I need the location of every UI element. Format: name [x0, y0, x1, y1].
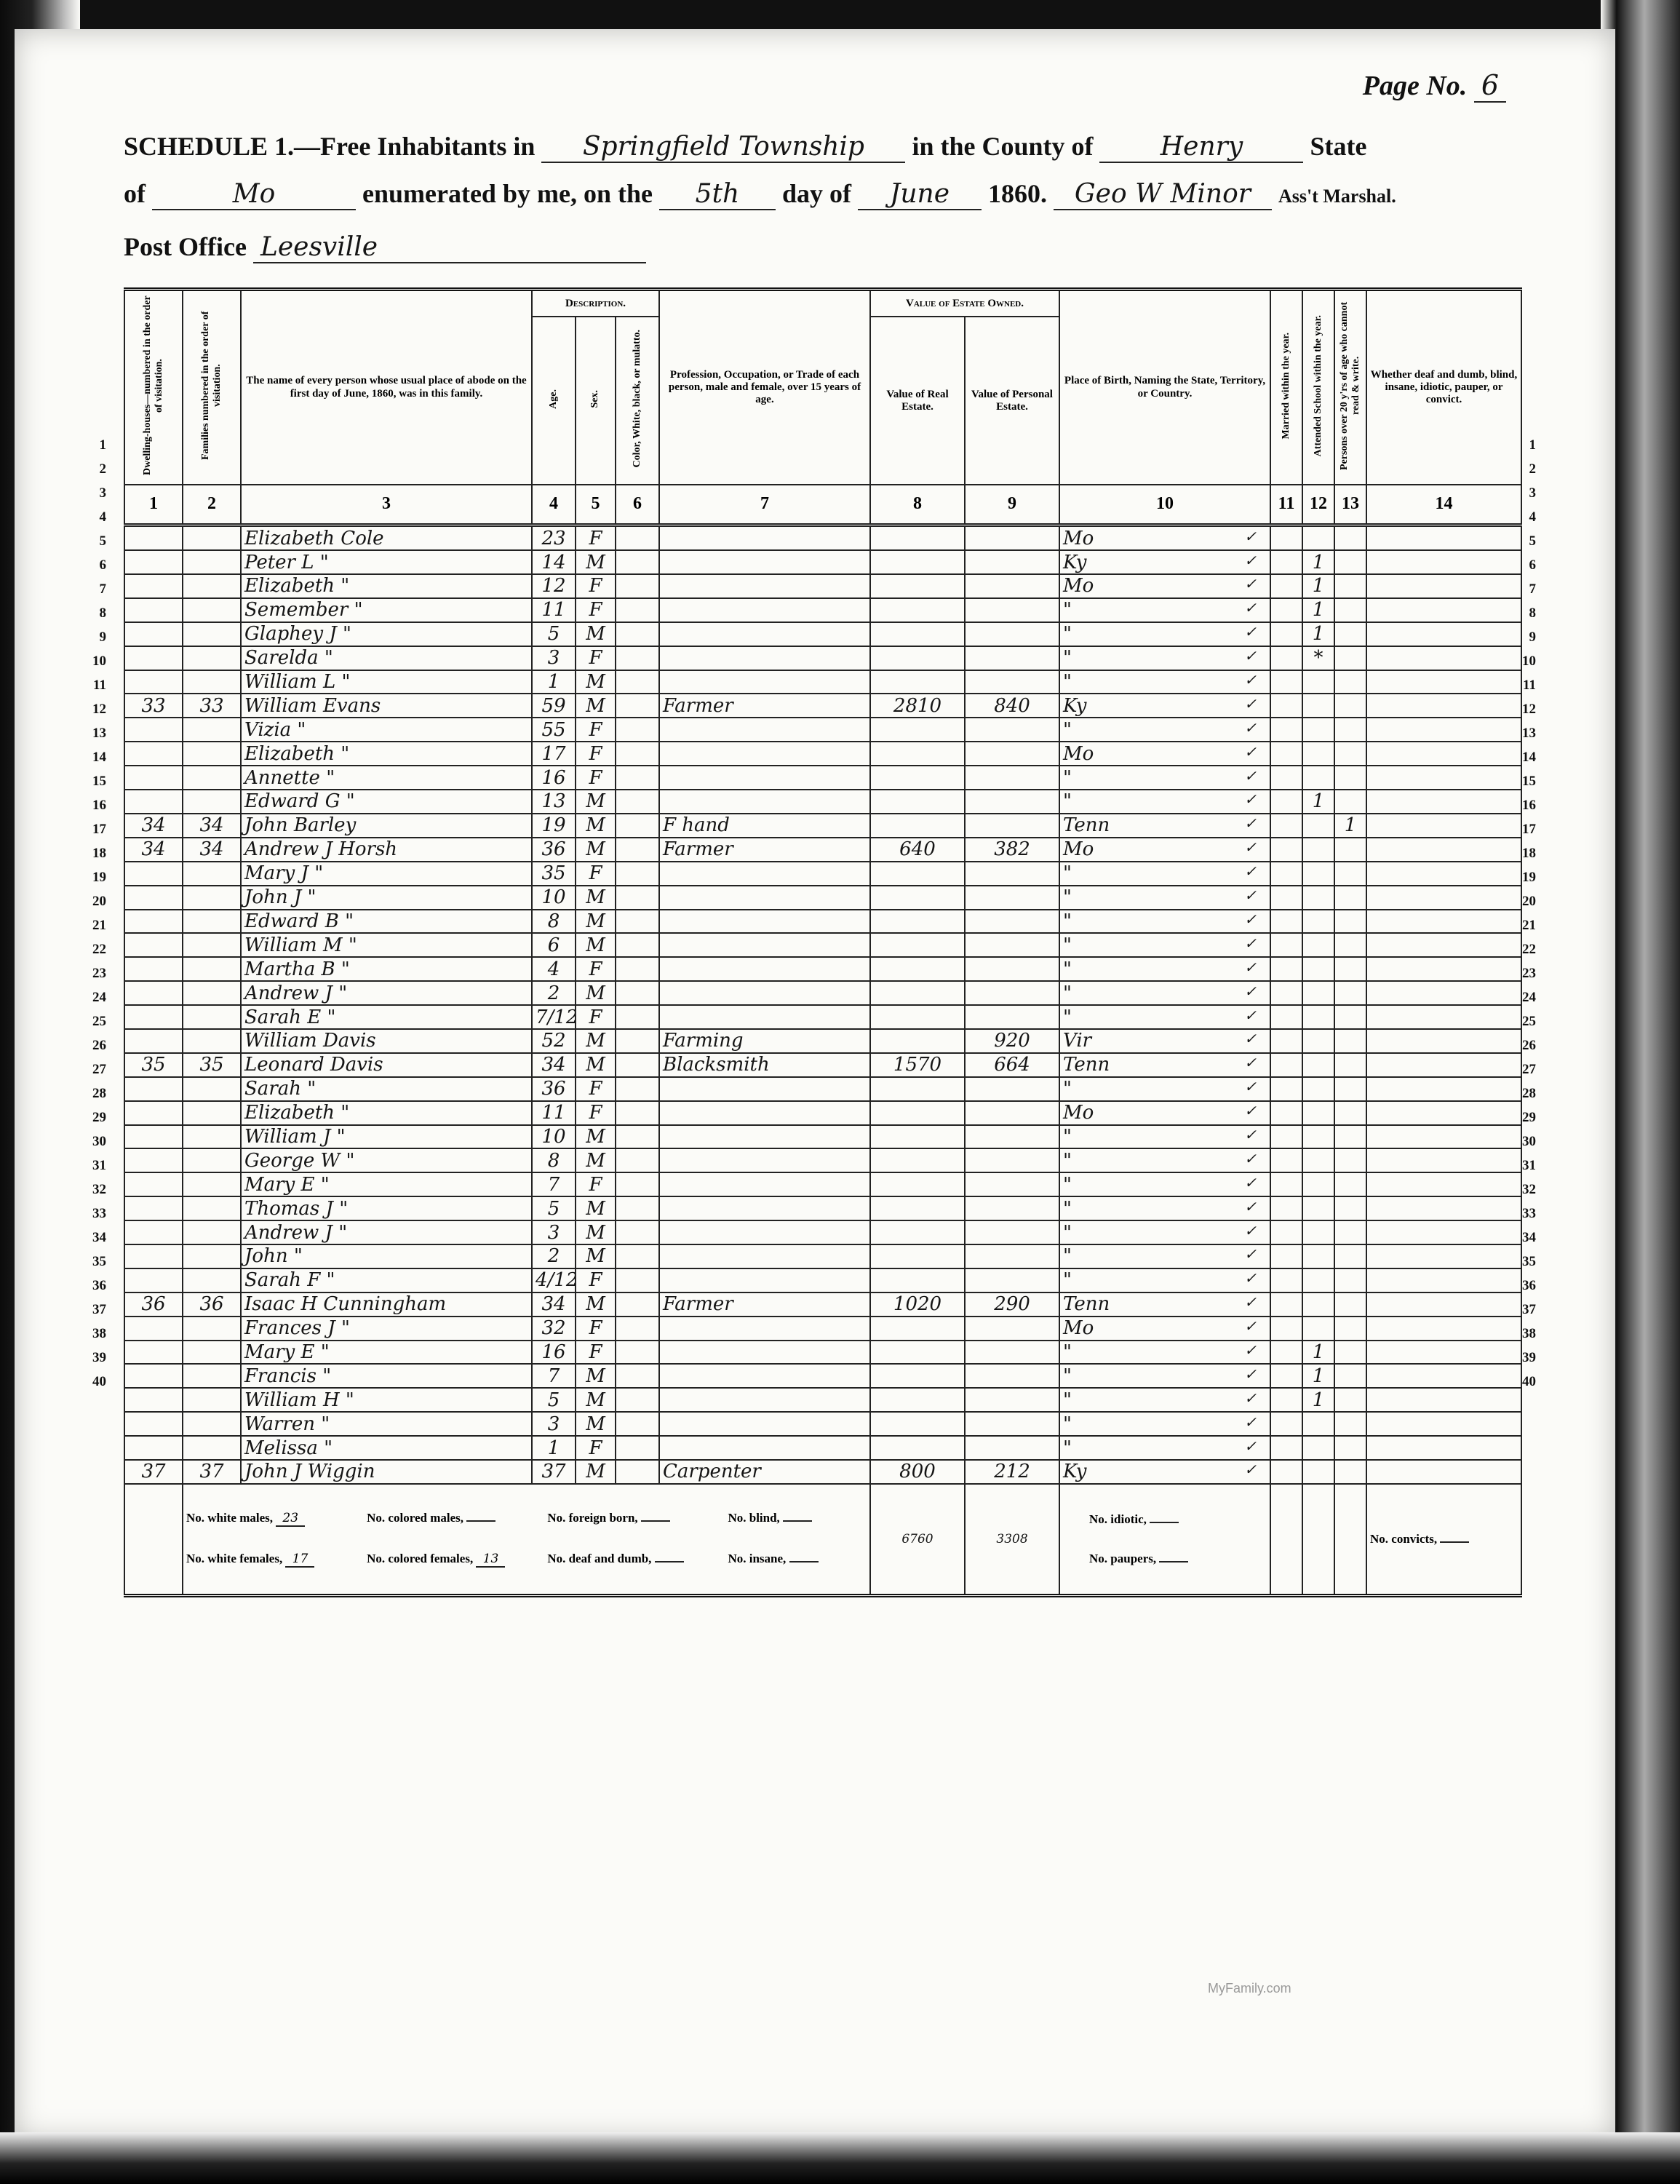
- dwelling-number-cell: [124, 933, 183, 957]
- personal-estate-value-cell: [965, 598, 1059, 622]
- dwelling-number-cell: [124, 910, 183, 934]
- col-number: 9: [965, 485, 1059, 525]
- family-number-cell: 33: [183, 694, 241, 718]
- personal-estate-value-cell: [965, 1436, 1059, 1460]
- real-estate-value-cell: [870, 1341, 965, 1365]
- personal-estate-value-cell: [965, 646, 1059, 670]
- line-number: 3: [87, 481, 106, 505]
- personal-estate-value-cell: 664: [965, 1053, 1059, 1077]
- paupers-value: [1159, 1561, 1188, 1562]
- dwelling-number-cell: 37: [124, 1460, 183, 1484]
- occupation-cell: [659, 1172, 870, 1196]
- sex-cell: M: [576, 1220, 616, 1244]
- family-number-cell: [183, 1077, 241, 1101]
- line-number: 2: [87, 457, 106, 481]
- col-number: 10: [1059, 485, 1270, 525]
- col-header-sex: Sex.: [576, 317, 616, 485]
- line-number: 10: [87, 649, 106, 673]
- age-cell: 36: [532, 838, 576, 862]
- person-name-cell: Andrew J ": [241, 981, 532, 1005]
- married-within-year-cell: [1270, 1317, 1302, 1341]
- line-number: 16: [87, 793, 106, 817]
- person-name-cell: Elizabeth ": [241, 742, 532, 766]
- line-number: 9: [1517, 625, 1536, 649]
- person-name-cell: Warren ": [241, 1412, 532, 1436]
- person-name-cell: Elizabeth ": [241, 1101, 532, 1125]
- family-number-cell: [183, 1029, 241, 1053]
- occupation-cell: [659, 550, 870, 574]
- summary-blank: [1334, 1484, 1366, 1596]
- sex-cell: F: [576, 1101, 616, 1125]
- checkmark-icon: ✓: [1244, 623, 1257, 640]
- person-name-cell: Peter L ": [241, 550, 532, 574]
- col-header-name: The name of every person whose usual pla…: [241, 290, 532, 485]
- real-estate-value-cell: [870, 670, 965, 694]
- sex-cell: F: [576, 1268, 616, 1292]
- white-females-value: 17: [285, 1552, 314, 1568]
- personal-estate-value-cell: [965, 622, 1059, 646]
- personal-estate-value-cell: [965, 1364, 1059, 1388]
- col-header-family: Families numbered in the order of visita…: [183, 290, 241, 485]
- birthplace-cell: Ky✓: [1059, 550, 1270, 574]
- birthplace-cell: Mo✓: [1059, 1317, 1270, 1341]
- col-number: 6: [616, 485, 659, 525]
- post-office-line: Post Office Leesville: [124, 231, 646, 263]
- birthplace-cell: "✓: [1059, 910, 1270, 934]
- birthplace-cell: "✓: [1059, 1244, 1270, 1268]
- convicts-value: [1440, 1541, 1469, 1543]
- age-cell: 10: [532, 1125, 576, 1149]
- real-estate-value-cell: [870, 742, 965, 766]
- checkmark-icon: ✓: [1244, 575, 1257, 592]
- col-number: 4: [532, 485, 576, 525]
- married-within-year-cell: [1270, 1005, 1302, 1029]
- column-number-row: 1 2 3 4 5 6 7 8 9 10 11 12 13 14: [124, 485, 1521, 525]
- attended-school-cell: 1: [1302, 1341, 1334, 1365]
- condition-cell: [1366, 838, 1521, 862]
- age-cell: 23: [532, 525, 576, 550]
- married-within-year-cell: [1270, 1341, 1302, 1365]
- attended-school-cell: [1302, 1196, 1334, 1220]
- white-males-label: No. white males,: [186, 1511, 273, 1525]
- checkmark-icon: ✓: [1244, 1174, 1257, 1191]
- birthplace-cell: "✓: [1059, 598, 1270, 622]
- attended-school-cell: 1: [1302, 1388, 1334, 1412]
- age-cell: 5: [532, 622, 576, 646]
- attended-school-cell: [1302, 957, 1334, 981]
- married-within-year-cell: [1270, 814, 1302, 838]
- table-row: George W "8M"✓: [124, 1148, 1521, 1172]
- cannot-read-write-cell: [1334, 1412, 1366, 1436]
- dwelling-number-cell: [124, 622, 183, 646]
- person-name-cell: Elizabeth Cole: [241, 525, 532, 550]
- color-cell: [616, 838, 659, 862]
- occupation-cell: [659, 1364, 870, 1388]
- table-row: Edward B "8M"✓: [124, 910, 1521, 934]
- year-value: 1860.: [988, 179, 1047, 208]
- age-cell: 55: [532, 718, 576, 742]
- cannot-read-write-cell: [1334, 838, 1366, 862]
- personal-estate-value-cell: [965, 742, 1059, 766]
- dwelling-number-cell: [124, 525, 183, 550]
- personal-estate-value-cell: [965, 957, 1059, 981]
- real-estate-value-cell: [870, 1436, 965, 1460]
- cannot-read-write-cell: [1334, 670, 1366, 694]
- personal-estate-value-cell: [965, 862, 1059, 886]
- family-number-cell: 36: [183, 1292, 241, 1317]
- married-within-year-cell: [1270, 1029, 1302, 1053]
- line-number: 19: [87, 865, 106, 889]
- checkmark-icon: ✓: [1244, 767, 1257, 785]
- checkmark-icon: ✓: [1244, 1461, 1257, 1478]
- family-number-cell: [183, 766, 241, 790]
- line-number: 39: [87, 1346, 106, 1370]
- person-name-cell: Sarah ": [241, 1077, 532, 1101]
- age-cell: 35: [532, 862, 576, 886]
- dwelling-number-cell: [124, 598, 183, 622]
- real-estate-value-cell: [870, 790, 965, 814]
- real-estate-value-cell: [870, 1148, 965, 1172]
- checkmark-icon: ✓: [1244, 862, 1257, 880]
- family-number-cell: 34: [183, 838, 241, 862]
- cannot-read-write-cell: [1334, 957, 1366, 981]
- real-estate-value-cell: [870, 1077, 965, 1101]
- col-number: 1: [124, 485, 183, 525]
- dwelling-number-cell: 34: [124, 814, 183, 838]
- condition-cell: [1366, 525, 1521, 550]
- checkmark-icon: ✓: [1244, 958, 1257, 976]
- family-number-cell: 34: [183, 814, 241, 838]
- sex-cell: F: [576, 1436, 616, 1460]
- table-row: Thomas J "5M"✓: [124, 1196, 1521, 1220]
- color-cell: [616, 1364, 659, 1388]
- occupation-cell: [659, 766, 870, 790]
- col-header-occupation: Profession, Occupation, or Trade of each…: [659, 290, 870, 485]
- attended-school-cell: [1302, 1125, 1334, 1149]
- table-row: Warren "3M"✓: [124, 1412, 1521, 1436]
- checkmark-icon: ✓: [1244, 1078, 1257, 1095]
- birthplace-cell: Mo✓: [1059, 1101, 1270, 1125]
- person-name-cell: William Evans: [241, 694, 532, 718]
- day-of-label: day of: [782, 179, 851, 208]
- color-cell: [616, 886, 659, 910]
- white-females-label: No. white females,: [186, 1552, 282, 1565]
- checkmark-icon: ✓: [1244, 1054, 1257, 1071]
- family-number-cell: [183, 622, 241, 646]
- attended-school-cell: [1302, 910, 1334, 934]
- cannot-read-write-cell: [1334, 1364, 1366, 1388]
- line-number: 33: [1517, 1202, 1536, 1226]
- age-cell: 17: [532, 742, 576, 766]
- age-cell: 4/12: [532, 1268, 576, 1292]
- table-row: William L "1M"✓: [124, 670, 1521, 694]
- sex-cell: M: [576, 1244, 616, 1268]
- dwelling-number-cell: [124, 1077, 183, 1101]
- sex-cell: F: [576, 766, 616, 790]
- line-number: 26: [1517, 1033, 1536, 1057]
- line-number: 1: [1517, 433, 1536, 457]
- real-estate-value-cell: [870, 1125, 965, 1149]
- line-number: 35: [1517, 1250, 1536, 1274]
- birthplace-cell: "✓: [1059, 790, 1270, 814]
- line-number: 17: [1517, 817, 1536, 841]
- table-row: Vizia "55F"✓: [124, 718, 1521, 742]
- family-number-cell: [183, 910, 241, 934]
- color-cell: [616, 525, 659, 550]
- family-number-cell: [183, 933, 241, 957]
- line-number: 31: [1517, 1153, 1536, 1178]
- married-within-year-cell: [1270, 933, 1302, 957]
- sex-cell: M: [576, 981, 616, 1005]
- personal-estate-value-cell: [965, 525, 1059, 550]
- month-value: June: [858, 179, 982, 210]
- line-number: 10: [1517, 649, 1536, 673]
- dwelling-number-cell: [124, 1172, 183, 1196]
- personal-estate-value-cell: [965, 1125, 1059, 1149]
- color-cell: [616, 1341, 659, 1365]
- col-header-description: Description.: [532, 290, 659, 317]
- birthplace-cell: "✓: [1059, 1341, 1270, 1365]
- person-name-cell: Mary E ": [241, 1341, 532, 1365]
- line-number: 21: [1517, 913, 1536, 937]
- person-name-cell: John ": [241, 1244, 532, 1268]
- cannot-read-write-cell: [1334, 1460, 1366, 1484]
- married-within-year-cell: [1270, 790, 1302, 814]
- family-number-cell: [183, 957, 241, 981]
- personal-estate-value-cell: [965, 981, 1059, 1005]
- personal-estate-value-cell: [965, 1005, 1059, 1029]
- total-real-estate: 6760: [870, 1484, 965, 1596]
- cannot-read-write-cell: [1334, 1341, 1366, 1365]
- table-row: Melissa "1F"✓: [124, 1436, 1521, 1460]
- col-header-estate: Value of Estate Owned.: [870, 290, 1059, 317]
- checkmark-icon: ✓: [1244, 695, 1257, 712]
- attended-school-cell: [1302, 742, 1334, 766]
- sex-cell: F: [576, 862, 616, 886]
- person-name-cell: Sarah E ": [241, 1005, 532, 1029]
- col-number: 11: [1270, 485, 1302, 525]
- state-label: State: [1310, 132, 1366, 161]
- sex-cell: F: [576, 742, 616, 766]
- person-name-cell: Leonard Davis: [241, 1053, 532, 1077]
- sex-cell: F: [576, 646, 616, 670]
- dwelling-number-cell: [124, 957, 183, 981]
- summary-blank: [1270, 1484, 1302, 1596]
- personal-estate-value-cell: 840: [965, 694, 1059, 718]
- occupation-cell: [659, 646, 870, 670]
- line-number: 14: [87, 745, 106, 769]
- cannot-read-write-cell: [1334, 862, 1366, 886]
- line-number: 28: [87, 1081, 106, 1105]
- personal-estate-value-cell: [965, 1317, 1059, 1341]
- age-cell: 32: [532, 1317, 576, 1341]
- person-name-cell: Andrew J Horsh: [241, 838, 532, 862]
- birthplace-cell: "✓: [1059, 670, 1270, 694]
- color-cell: [616, 862, 659, 886]
- person-name-cell: Semember ": [241, 598, 532, 622]
- occupation-cell: [659, 1412, 870, 1436]
- line-number: 8: [1517, 601, 1536, 625]
- family-number-cell: [183, 598, 241, 622]
- line-number: 39: [1517, 1346, 1536, 1370]
- sex-cell: M: [576, 1029, 616, 1053]
- color-cell: [616, 766, 659, 790]
- checkmark-icon: ✓: [1244, 1293, 1257, 1311]
- condition-cell: [1366, 933, 1521, 957]
- condition-cell: [1366, 1460, 1521, 1484]
- sex-cell: F: [576, 525, 616, 550]
- occupation-cell: [659, 1196, 870, 1220]
- table-row: 3333William Evans59MFarmer2810840Ky✓: [124, 694, 1521, 718]
- sex-cell: M: [576, 1460, 616, 1484]
- table-row: Elizabeth Cole23FMo✓: [124, 525, 1521, 550]
- checkmark-icon: ✓: [1244, 552, 1257, 569]
- table-row: William J "10M"✓: [124, 1125, 1521, 1149]
- family-number-cell: [183, 646, 241, 670]
- family-number-cell: [183, 886, 241, 910]
- col-header-married: Married within the year.: [1270, 290, 1302, 485]
- person-name-cell: William Davis: [241, 1029, 532, 1053]
- birthplace-cell: "✓: [1059, 622, 1270, 646]
- condition-cell: [1366, 574, 1521, 598]
- married-within-year-cell: [1270, 981, 1302, 1005]
- attended-school-cell: 1: [1302, 790, 1334, 814]
- personal-estate-value-cell: [965, 550, 1059, 574]
- family-number-cell: [183, 525, 241, 550]
- sex-cell: F: [576, 574, 616, 598]
- family-number-cell: [183, 1172, 241, 1196]
- family-number-cell: [183, 1220, 241, 1244]
- real-estate-value-cell: [870, 862, 965, 886]
- condition-cell: [1366, 1005, 1521, 1029]
- table-row: Frances J "32FMo✓: [124, 1317, 1521, 1341]
- person-name-cell: Andrew J ": [241, 1220, 532, 1244]
- condition-cell: [1366, 550, 1521, 574]
- personal-estate-value-cell: [965, 790, 1059, 814]
- birthplace-cell: "✓: [1059, 957, 1270, 981]
- attended-school-cell: [1302, 1317, 1334, 1341]
- line-number: 16: [1517, 793, 1536, 817]
- table-row: Elizabeth "11FMo✓: [124, 1101, 1521, 1125]
- census-page: Page No. 6 SCHEDULE 1.—Free Inhabitants …: [15, 29, 1615, 2140]
- real-estate-value-cell: 800: [870, 1460, 965, 1484]
- married-within-year-cell: [1270, 862, 1302, 886]
- col-number: 3: [241, 485, 532, 525]
- condition-cell: [1366, 742, 1521, 766]
- attended-school-cell: [1302, 862, 1334, 886]
- line-number: 35: [87, 1250, 106, 1274]
- occupation-cell: Blacksmith: [659, 1053, 870, 1077]
- line-number: 14: [1517, 745, 1536, 769]
- line-number: 2: [1517, 457, 1536, 481]
- summary-counts: No. white males, 23 No. colored males, N…: [183, 1484, 870, 1596]
- table-row: William M "6M"✓: [124, 933, 1521, 957]
- line-number: 15: [87, 769, 106, 793]
- line-number: 24: [87, 985, 106, 1009]
- cannot-read-write-cell: [1334, 718, 1366, 742]
- person-name-cell: William J ": [241, 1125, 532, 1149]
- dwelling-number-cell: [124, 1029, 183, 1053]
- table-row: Glaphey J "5M"✓1: [124, 622, 1521, 646]
- married-within-year-cell: [1270, 1436, 1302, 1460]
- color-cell: [616, 1412, 659, 1436]
- colored-females-label: No. colored females,: [367, 1552, 473, 1565]
- person-name-cell: William H ": [241, 1388, 532, 1412]
- color-cell: [616, 718, 659, 742]
- foreign-born-value: [641, 1520, 670, 1522]
- condition-cell: [1366, 981, 1521, 1005]
- checkmark-icon: ✓: [1244, 1150, 1257, 1167]
- birthplace-cell: "✓: [1059, 886, 1270, 910]
- checkmark-icon: ✓: [1244, 790, 1257, 808]
- family-number-cell: [183, 1364, 241, 1388]
- line-number: 6: [87, 553, 106, 577]
- age-cell: 2: [532, 1244, 576, 1268]
- page-number-label: Page No.: [1363, 71, 1468, 101]
- col-header-condition: Whether deaf and dumb, blind, insane, id…: [1366, 290, 1521, 485]
- attended-school-cell: [1302, 1148, 1334, 1172]
- family-number-cell: [183, 670, 241, 694]
- checkmark-icon: ✓: [1244, 838, 1257, 856]
- real-estate-value-cell: [870, 1005, 965, 1029]
- occupation-cell: [659, 1077, 870, 1101]
- personal-estate-value-cell: [965, 1148, 1059, 1172]
- line-number: 30: [87, 1129, 106, 1153]
- attended-school-cell: [1302, 1412, 1334, 1436]
- age-cell: 13: [532, 790, 576, 814]
- cannot-read-write-cell: [1334, 1244, 1366, 1268]
- line-number: 25: [1517, 1009, 1536, 1033]
- condition-cell: [1366, 886, 1521, 910]
- cannot-read-write-cell: [1334, 742, 1366, 766]
- sex-cell: F: [576, 1341, 616, 1365]
- personal-estate-value-cell: [965, 574, 1059, 598]
- col-header-dwelling: Dwelling-houses—numbered in the order of…: [124, 290, 183, 485]
- dwelling-number-cell: [124, 981, 183, 1005]
- real-estate-value-cell: 1570: [870, 1053, 965, 1077]
- condition-cell: [1366, 1077, 1521, 1101]
- sex-cell: M: [576, 1412, 616, 1436]
- condition-cell: [1366, 790, 1521, 814]
- line-number: 40: [87, 1370, 106, 1394]
- personal-estate-value-cell: [965, 1268, 1059, 1292]
- insane-label: No. insane,: [728, 1552, 786, 1565]
- color-cell: [616, 1172, 659, 1196]
- cannot-read-write-cell: [1334, 525, 1366, 550]
- condition-cell: [1366, 1101, 1521, 1125]
- line-number: 33: [87, 1202, 106, 1226]
- married-within-year-cell: [1270, 1292, 1302, 1317]
- enumerated-label: enumerated by me, on the: [362, 179, 653, 208]
- condition-cell: [1366, 862, 1521, 886]
- person-name-cell: Edward B ": [241, 910, 532, 934]
- real-estate-value-cell: [870, 814, 965, 838]
- cannot-read-write-cell: [1334, 1220, 1366, 1244]
- age-cell: 6: [532, 933, 576, 957]
- person-name-cell: Mary J ": [241, 862, 532, 886]
- color-cell: [616, 670, 659, 694]
- personal-estate-value-cell: [965, 1220, 1059, 1244]
- personal-estate-value-cell: [965, 1172, 1059, 1196]
- cannot-read-write-cell: [1334, 550, 1366, 574]
- sex-cell: F: [576, 1005, 616, 1029]
- real-estate-value-cell: [870, 1268, 965, 1292]
- married-within-year-cell: [1270, 910, 1302, 934]
- sex-cell: M: [576, 1196, 616, 1220]
- color-cell: [616, 910, 659, 934]
- county-label: in the County of: [912, 132, 1093, 161]
- cannot-read-write-cell: [1334, 1317, 1366, 1341]
